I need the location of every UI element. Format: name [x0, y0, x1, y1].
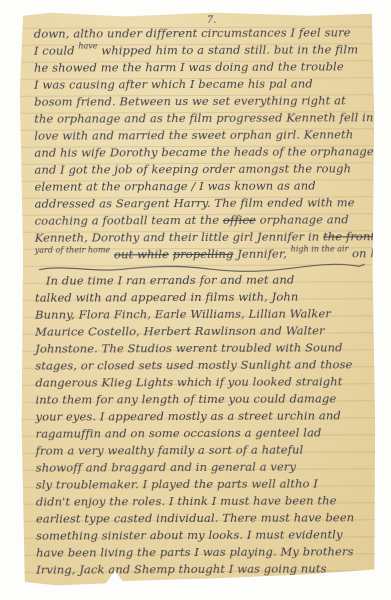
- handwritten-line: something sinister about my looks. I mus…: [36, 526, 373, 544]
- handwriting-lines: down, altho under different circumstance…: [19, 10, 377, 579]
- handwritten-line: Maurice Costello, Herbert Rawlinson and …: [35, 322, 372, 340]
- handwritten-text: coaching a football team at the: [35, 213, 220, 228]
- handwritten-text: talked with and appeared in films with, …: [35, 290, 298, 305]
- handwritten-text: In due time I ran errands for and met an…: [46, 273, 294, 288]
- handwritten-text: from a very wealthy family a sort of a h…: [36, 443, 304, 458]
- handwritten-line: he showed me the harm I was doing and th…: [34, 58, 371, 76]
- inserted-word: have: [78, 41, 97, 50]
- handwritten-text: whipped him to a stand still. but in the…: [101, 42, 358, 57]
- handwritten-text: element at the orphanage / I was known a…: [34, 178, 315, 193]
- handwritten-text: have been living the parts I was playing…: [36, 544, 354, 559]
- screenshot-canvas: 7. down, altho under different circumsta…: [0, 0, 391, 600]
- handwritten-line: coaching a football team at the office o…: [35, 211, 372, 229]
- handwritten-line: down, altho under different circumstance…: [34, 24, 371, 42]
- handwritten-text: and I got the job of keeping order among…: [34, 161, 351, 176]
- handwritten-text: showoff and braggard and in general a ve…: [36, 460, 296, 475]
- handwritten-line: element at the orphanage / I was known a…: [34, 177, 371, 195]
- handwritten-text: earliest type casted individual. There m…: [36, 510, 354, 525]
- handwritten-text: down, altho under different circumstance…: [34, 25, 351, 40]
- handwritten-line: bosom friend. Between us we set everythi…: [34, 92, 371, 110]
- handwritten-text: love with and married the sweet orphan g…: [34, 127, 353, 142]
- handwritten-line: addressed as Seargent Harry. The film en…: [35, 194, 372, 212]
- handwritten-text: your eyes. I appeared mostly as a street…: [35, 408, 340, 423]
- handwritten-line: dangerous Klieg Lights which if you look…: [35, 373, 372, 391]
- handwritten-text: sly troublemaker. I played the parts wel…: [36, 476, 318, 491]
- handwritten-text: into them for any length of time you cou…: [35, 391, 336, 406]
- inserted-word: the back: [379, 227, 391, 236]
- struck-out-word: office: [223, 213, 256, 227]
- struck-out-word: out while: [114, 247, 169, 261]
- handwritten-text: Jennifer,: [237, 247, 287, 261]
- handwritten-text: something sinister about my looks. I mus…: [36, 527, 343, 542]
- handwritten-line: earliest type casted individual. There m…: [36, 509, 373, 527]
- handwritten-text: and his wife Dorothy became the heads of…: [34, 144, 373, 159]
- handwritten-line: ragamuffin and on some occasions a gente…: [36, 424, 373, 442]
- handwritten-text: didn't enjoy the roles. I think I must h…: [36, 493, 337, 508]
- handwritten-line: I could have whipped him to a stand stil…: [34, 41, 371, 59]
- handwritten-line: and I got the job of keeping order among…: [34, 160, 371, 178]
- handwritten-text: Irving, Jack and Shemp thought I was goi…: [36, 561, 326, 576]
- handwritten-text: Johnstone. The Studios werent troubled w…: [35, 340, 342, 355]
- handwritten-text: orphanage and: [260, 212, 349, 226]
- handwritten-line: stages, or closed sets used mostly Sunli…: [35, 356, 372, 374]
- handwritten-text: on her swing as we fade Out: [352, 246, 391, 261]
- handwritten-line: Bunny, Flora Finch, Earle Williams, Lill…: [35, 305, 372, 323]
- handwritten-line: In due time I ran errands for and met an…: [35, 271, 372, 289]
- handwritten-text: addressed as Seargent Harry. The film en…: [35, 195, 355, 210]
- handwritten-line: your eyes. I appeared mostly as a street…: [35, 407, 372, 425]
- handwritten-line: Johnstone. The Studios werent troubled w…: [35, 339, 372, 357]
- handwritten-text: stages, or closed sets used mostly Sunli…: [35, 357, 352, 372]
- handwritten-text: ragamuffin and on some occasions a gente…: [36, 425, 322, 440]
- manuscript-page: 7. down, altho under different circumsta…: [19, 10, 378, 588]
- struck-out-word: the front: [323, 229, 375, 243]
- handwritten-line: from a very wealthy family a sort of a h…: [36, 441, 373, 459]
- handwritten-text: I could: [34, 44, 75, 58]
- handwritten-text: Maurice Costello, Herbert Rawlinson and …: [35, 323, 325, 338]
- handwritten-line: into them for any length of time you cou…: [35, 390, 372, 408]
- handwritten-line: have been living the parts I was playing…: [36, 543, 373, 561]
- handwritten-text: the orphanage and as the film progressed…: [34, 110, 373, 125]
- inserted-word: yard of their home: [35, 245, 110, 254]
- handwritten-line: yard of their home out while propelling …: [35, 245, 372, 263]
- handwritten-line: showoff and braggard and in general a ve…: [36, 458, 373, 476]
- handwritten-text: he showed me the harm I was doing and th…: [34, 59, 344, 74]
- struck-out-word: propelling: [173, 247, 234, 261]
- handwritten-text: I was causing after which I became his p…: [34, 76, 313, 91]
- handwritten-line: I was causing after which I became his p…: [34, 75, 371, 93]
- handwritten-line: sly troublemaker. I played the parts wel…: [36, 475, 373, 493]
- handwritten-line: the orphanage and as the film progressed…: [34, 109, 371, 127]
- handwritten-line: love with and married the sweet orphan g…: [34, 126, 371, 144]
- handwritten-text: Kenneth, Dorothy and their little girl J…: [35, 229, 320, 244]
- handwritten-text: dangerous Klieg Lights which if you look…: [35, 374, 342, 389]
- handwritten-line: and his wife Dorothy became the heads of…: [34, 143, 371, 161]
- handwritten-text: Bunny, Flora Finch, Earle Williams, Lill…: [35, 306, 331, 321]
- handwritten-line: Irving, Jack and Shemp thought I was goi…: [36, 560, 373, 578]
- handwritten-line: didn't enjoy the roles. I think I must h…: [36, 492, 373, 510]
- handwritten-line: talked with and appeared in films with, …: [35, 288, 372, 306]
- inserted-word: high in the air: [291, 244, 349, 253]
- handwritten-text: bosom friend. Between us we set everythi…: [34, 93, 346, 108]
